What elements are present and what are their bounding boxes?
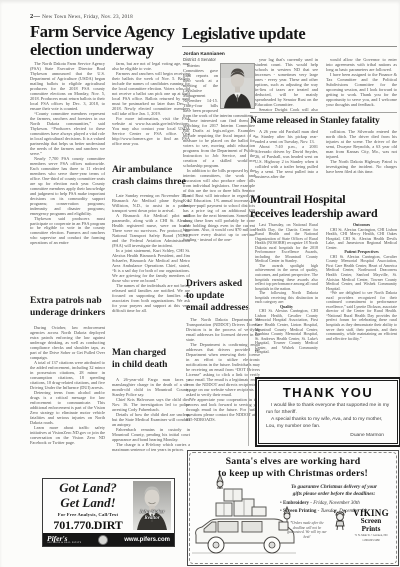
fsa-headline: Farm Service Agencyelection underway	[30, 23, 205, 60]
get-land-line: Get Land!	[46, 496, 130, 511]
realtor-portrait-image	[133, 481, 171, 530]
deadline-embroidery-date: - Friday, November 30th	[309, 501, 360, 506]
pifers-brand-subtext: AUCTIONS & REAL ESTATE	[47, 542, 81, 544]
realtor-title-text: Realtor	[144, 516, 159, 521]
pifers-bottom-bar: Pifer's AUCTIONS & REAL ESTATE www.pifer…	[43, 533, 174, 546]
fsa-column-2: farm, but are not of legal voting age, m…	[112, 61, 190, 163]
stanley-headline: Name released in Stanley fatality	[250, 115, 380, 126]
mountrail-column-1: Last Thursday, on National Rural Health …	[255, 223, 318, 373]
legislative-headline: Legislative update	[182, 25, 305, 43]
santa-disclaimer: *Orders made after the deadline will not…	[284, 521, 330, 540]
legislative-byline: Jordan Kannianen District 4 Senator	[183, 52, 225, 62]
deadline-embroidery: Embroidery - Friday, November 30th	[280, 500, 394, 508]
viking-logo: VIKING Screen Prints 71 N. Main St. • Ga…	[332, 509, 394, 542]
realtor-name: John Stoker Realtor	[133, 510, 171, 522]
viking-logo-text: VIKING Screen Prints 71 N. Main St. • Ga…	[348, 509, 394, 542]
air-ambulance-headline: Air ambulancecrash claims three	[112, 165, 198, 189]
legislative-column-b: year lag that's currently used in studen…	[255, 57, 318, 112]
masthead-text: New Town News, Friday, Nov. 23, 2018	[42, 14, 133, 20]
viking-ad: Santa's elves are working hardto keep up…	[187, 450, 399, 566]
byline-title: District 4 Senator	[183, 57, 225, 62]
extra-patrols-column: During October, law enforcement agencies…	[30, 325, 105, 465]
page-number: 2—	[30, 13, 40, 20]
santa-intro: To guarantee Christmas delivery of yourg…	[276, 484, 392, 497]
legislative-rule	[182, 46, 397, 47]
deadline-screen-printing-label: Screen Printing	[283, 509, 316, 514]
stanley-column-2: collision. The Silverado entered the nor…	[326, 129, 397, 191]
pifers-website: www.pifers.com	[124, 537, 170, 543]
got-land-line: Got Land?	[46, 481, 130, 496]
legislative-column-c: would allow the Governor to enter into a…	[326, 57, 397, 112]
thank-you-box: THANK YOU I would like to thank everyone…	[255, 377, 400, 447]
senator-portrait-photo	[220, 63, 255, 109]
pifers-badge-icon	[98, 535, 108, 545]
realtor-name-text: John Stoker	[139, 510, 164, 515]
viking-brand-prints: Prints	[348, 526, 394, 534]
pifers-phone: 701.770.DIRT	[46, 518, 130, 533]
viking-address: 71 N. Main St. • Garrison, ND	[348, 534, 394, 538]
column-divider	[248, 118, 249, 446]
thank-you-inner-frame: THANK YOU I would like to thank everyone…	[258, 380, 398, 444]
stanley-rule	[250, 112, 397, 113]
mountrail-column-2: OutcomesCHI St. Alexius Carrington, CHI …	[326, 223, 397, 374]
extra-patrols-headline: Extra patrols nabunderage drinkers	[30, 296, 112, 320]
air-ambulance-column: Late Sunday evening on November 18, a Bi…	[112, 193, 190, 343]
pifers-ad: Got Land? Get Land! For Free Analysis, C…	[42, 478, 175, 547]
pifers-call-text: For Free Analysis, Call/Text	[46, 512, 130, 517]
drivers-headline: Drivers askedto updateemail addresses	[186, 279, 264, 315]
viking-phone: 1-800-693-5480	[348, 539, 394, 543]
pifers-logo: Pifer's AUCTIONS & REAL ESTATE	[47, 535, 81, 545]
pifers-ad-text: Got Land? Get Land! For Free Analysis, C…	[46, 481, 130, 533]
page-header: 2—New Town News, Friday, Nov. 23, 2018	[30, 13, 133, 20]
thank-you-title: THANK YOU	[266, 385, 390, 400]
man-charged-column: A 26-year-old Fargo man faces a manslaug…	[112, 377, 190, 475]
thank-you-signature: Duane Marmon	[266, 433, 390, 438]
mountrail-headline: Mountrail Hospitalreceives leadership aw…	[250, 193, 400, 221]
realtor-photo: John Stoker Realtor	[133, 481, 171, 530]
man-charged-headline: Man chargedin child death	[112, 348, 197, 372]
stanley-column-1: A 26 year old Parshall man died in Stanl…	[255, 129, 318, 191]
thank-you-body: I would like to thank everyone that supp…	[266, 403, 390, 430]
fsa-column-1: The North Dakota Farm Service Agency (FS…	[30, 61, 105, 295]
newspaper-page: 2—New Town News, Friday, Nov. 23, 2018 F…	[0, 0, 400, 567]
viking-mascot-icon	[332, 509, 348, 531]
deadline-embroidery-label: Embroidery	[283, 501, 309, 506]
